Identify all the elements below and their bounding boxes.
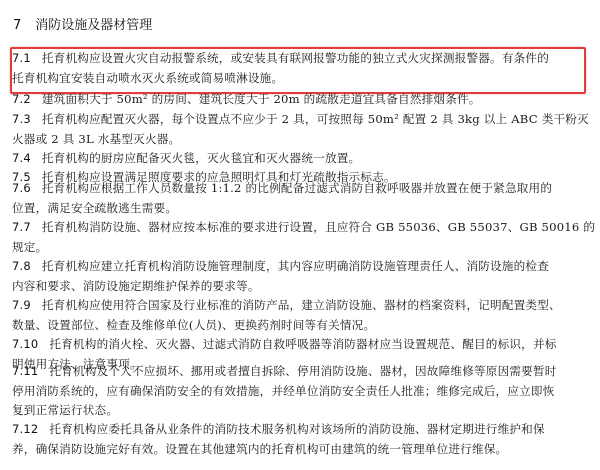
clause-number: 7.3 bbox=[12, 112, 31, 126]
clause-7-9: 7.9托育机构应使用符合国家及行业标准的消防产品，建立消防设施、器材的档案资料，… bbox=[12, 296, 592, 335]
clause-line: 位置，满足安全疏散逃生需要。 bbox=[12, 199, 592, 219]
section-number: 7 bbox=[13, 18, 21, 33]
clause-text: 托育机构及个人不应损坏、挪用或者擅自拆除、停用消防设施、器材，因故障维修等原因需… bbox=[49, 364, 556, 378]
clause-line: 7.6托育机构应根据工作人员数量按 1:1.2 的比例配备过滤式消防自救呼吸器并… bbox=[12, 179, 592, 199]
clause-number: 7.2 bbox=[12, 92, 31, 106]
clause-number: 7.10 bbox=[12, 337, 38, 351]
clause-text: 托育机构的厨房应配备灭火毯，灭火毯宜和灭火器统一放置。 bbox=[42, 151, 360, 165]
clause-7-4: 7.4托育机构的厨房应配备灭火毯，灭火毯宜和灭火器统一放置。 bbox=[12, 149, 592, 169]
clause-7-2: 7.2建筑面积大于 50m² 的房间、建筑长度大于 20m 的疏散走道宜具备自然… bbox=[12, 90, 592, 110]
clause-text: 托育机构应设置火灾自动报警系统，或安装具有联网报警功能的独立式火灾探测报警器。有… bbox=[42, 51, 549, 65]
clause-line: 7.4托育机构的厨房应配备灭火毯，灭火毯宜和灭火器统一放置。 bbox=[12, 149, 592, 169]
clause-line: 7.2建筑面积大于 50m² 的房间、建筑长度大于 20m 的疏散走道宜具备自然… bbox=[12, 90, 592, 110]
clause-line: 7.12托育机构应委托具备从业条件的消防技术服务机构对该场所的消防设施、器材定期… bbox=[12, 420, 592, 440]
clause-number: 7.6 bbox=[12, 181, 31, 195]
clause-line: 复到正常运行状态。 bbox=[12, 401, 592, 421]
clause-text: 托育机构应委托具备从业条件的消防技术服务机构对该场所的消防设施、器材定期进行维护… bbox=[49, 422, 544, 436]
clause-line: 7.7托育机构消防设施、器材应按本标准的要求进行设置，且应符合 GB 55036… bbox=[12, 218, 592, 238]
clause-text: 托育机构应根据工作人员数量按 1:1.2 的比例配备过滤式消防自救呼吸器并放置在… bbox=[42, 181, 552, 195]
clause-text: 托育机构的消火栓、灭火器、过滤式消防自救呼吸器等消防器材应当设置规范、醒目的标识… bbox=[49, 337, 556, 351]
clause-line: 托育机构宜安装自动喷水灭火系统或简易喷淋设施。 bbox=[12, 69, 592, 89]
clause-number: 7.9 bbox=[12, 298, 31, 312]
clause-line: 停用消防系统的，应有确保消防安全的有效措施，并经单位消防安全责任人批准；维修完成… bbox=[12, 382, 592, 402]
section-title: 消防设施及器材管理 bbox=[35, 18, 152, 33]
clause-text: 建筑面积大于 50m² 的房间、建筑长度大于 20m 的疏散走道宜具备自然排烟条… bbox=[42, 92, 481, 106]
clause-7-1: 7.1托育机构应设置火灾自动报警系统，或安装具有联网报警功能的独立式火灾探测报警… bbox=[12, 49, 592, 88]
clause-line: 7.9托育机构应使用符合国家及行业标准的消防产品，建立消防设施、器材的档案资料，… bbox=[12, 296, 592, 316]
clause-number: 7.1 bbox=[12, 51, 31, 65]
clause-7-8: 7.8托育机构应建立托育机构消防设施管理制度，其内容应明确消防设施管理责任人、消… bbox=[12, 257, 592, 296]
clause-number: 7.4 bbox=[12, 151, 31, 165]
clause-7-7: 7.7托育机构消防设施、器材应按本标准的要求进行设置，且应符合 GB 55036… bbox=[12, 218, 592, 257]
clause-line: 火器或 2 具 3L 水基型灭火器。 bbox=[12, 130, 592, 150]
clause-number: 7.8 bbox=[12, 259, 31, 273]
clause-7-12: 7.12托育机构应委托具备从业条件的消防技术服务机构对该场所的消防设施、器材定期… bbox=[12, 420, 592, 459]
clause-7-6: 7.6托育机构应根据工作人员数量按 1:1.2 的比例配备过滤式消防自救呼吸器并… bbox=[12, 179, 592, 218]
clause-number: 7.11 bbox=[12, 364, 38, 378]
clause-line: 内容和要求、消防设施定期维护保养的要求等。 bbox=[12, 277, 592, 297]
clause-line: 7.1托育机构应设置火灾自动报警系统，或安装具有联网报警功能的独立式火灾探测报警… bbox=[12, 49, 592, 69]
clause-text: 托育机构应建立托育机构消防设施管理制度，其内容应明确消防设施管理责任人、消防设施… bbox=[42, 259, 549, 273]
clause-text: 托育机构消防设施、器材应按本标准的要求进行设置，且应符合 GB 55036、GB… bbox=[42, 220, 595, 234]
clause-text: 托育机构应配置灭火器，每个设置点不应少于 2 具，可按照每 50m² 配置 2 … bbox=[42, 112, 589, 126]
clause-number: 7.7 bbox=[12, 220, 31, 234]
clause-7-3: 7.3托育机构应配置灭火器，每个设置点不应少于 2 具，可按照每 50m² 配置… bbox=[12, 110, 592, 149]
clause-line: 7.10托育机构的消火栓、灭火器、过滤式消防自救呼吸器等消防器材应当设置规范、醒… bbox=[12, 335, 592, 355]
clause-line: 7.11托育机构及个人不应损坏、挪用或者擅自拆除、停用消防设施、器材，因故障维修… bbox=[12, 362, 592, 382]
clause-7-11: 7.11托育机构及个人不应损坏、挪用或者擅自拆除、停用消防设施、器材，因故障维修… bbox=[12, 362, 592, 421]
clause-line: 7.3托育机构应配置灭火器，每个设置点不应少于 2 具，可按照每 50m² 配置… bbox=[12, 110, 592, 130]
clause-line: 7.8托育机构应建立托育机构消防设施管理制度，其内容应明确消防设施管理责任人、消… bbox=[12, 257, 592, 277]
clause-number: 7.12 bbox=[12, 422, 38, 436]
clause-line: 养，确保消防设施完好有效。设置在其他建筑内的托育机构可由建筑的统一管理单位进行维… bbox=[12, 440, 592, 460]
section-heading: 7消防设施及器材管理 bbox=[13, 14, 152, 33]
clause-line: 数量、设置部位、检查及维修单位(人员)、更换药剂时间等有关情况。 bbox=[12, 316, 592, 336]
clause-text: 托育机构应使用符合国家及行业标准的消防产品，建立消防设施、器材的档案资料，记明配… bbox=[42, 298, 561, 312]
clause-line: 规定。 bbox=[12, 238, 592, 258]
